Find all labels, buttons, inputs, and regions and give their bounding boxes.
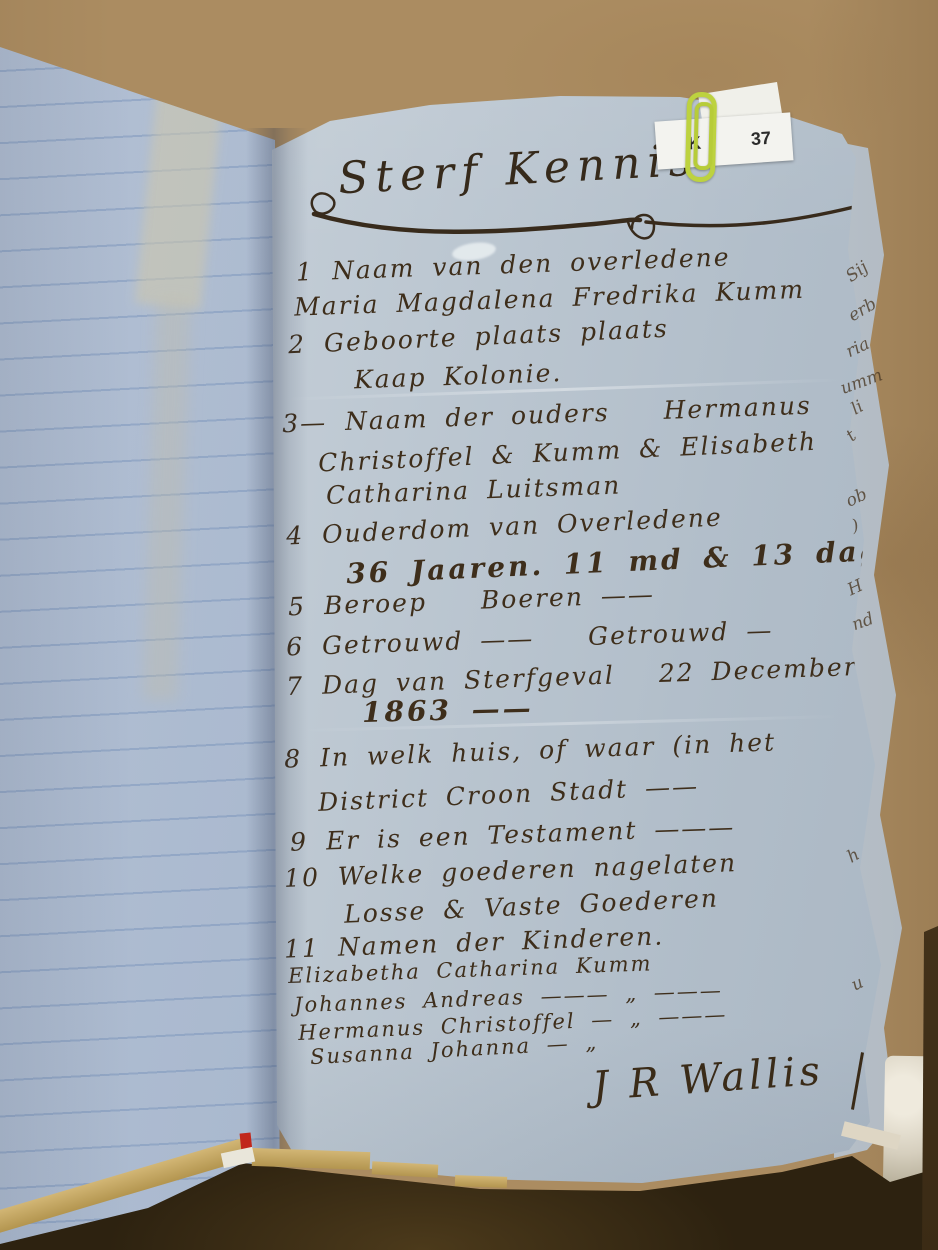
item-text: In welk huis, of waar (in het xyxy=(320,727,777,772)
item-text: Er is een Testament ——— xyxy=(326,812,736,855)
document-line: 7Dag van Sterfgeval 22 December xyxy=(286,652,858,701)
page-block-edge xyxy=(455,1175,507,1188)
item-text: 1863 —— xyxy=(362,692,534,729)
archive-tag-label: K 37 xyxy=(654,112,793,169)
item-text: Geboorte plaats plaats xyxy=(323,314,669,358)
item-text: Getrouwd —— Getrouwd — xyxy=(322,616,774,661)
document-line: Catharina Luitsman xyxy=(308,471,622,511)
signature-stroke xyxy=(851,1052,864,1110)
paper-clip-inner-loop xyxy=(693,102,714,170)
paper-clip xyxy=(685,92,717,183)
document-line: 2Geboorte plaats plaats xyxy=(288,314,670,360)
document-line: 1863 —— xyxy=(344,692,534,730)
title-flourish xyxy=(294,186,876,256)
tag-number: 37 xyxy=(750,127,771,149)
document-line: 6Getrouwd —— Getrouwd — xyxy=(286,616,774,662)
document-line: District Croon Stadt —— xyxy=(300,771,700,817)
item-text: District Croon Stadt —— xyxy=(318,771,700,817)
signature: J R Wallis xyxy=(591,1048,826,1110)
archive-photo: Sterf Kennis 1Naam van den overledene Ma… xyxy=(0,0,938,1250)
item-text: Ouderdom van Overledene xyxy=(321,502,723,548)
item-text: Catharina Luitsman xyxy=(326,471,622,510)
document-line: 8In welk huis, of waar (in het xyxy=(284,727,777,773)
book-gutter-shadow xyxy=(246,128,308,1168)
item-text: Dag van Sterfgeval 22 December xyxy=(322,652,858,700)
